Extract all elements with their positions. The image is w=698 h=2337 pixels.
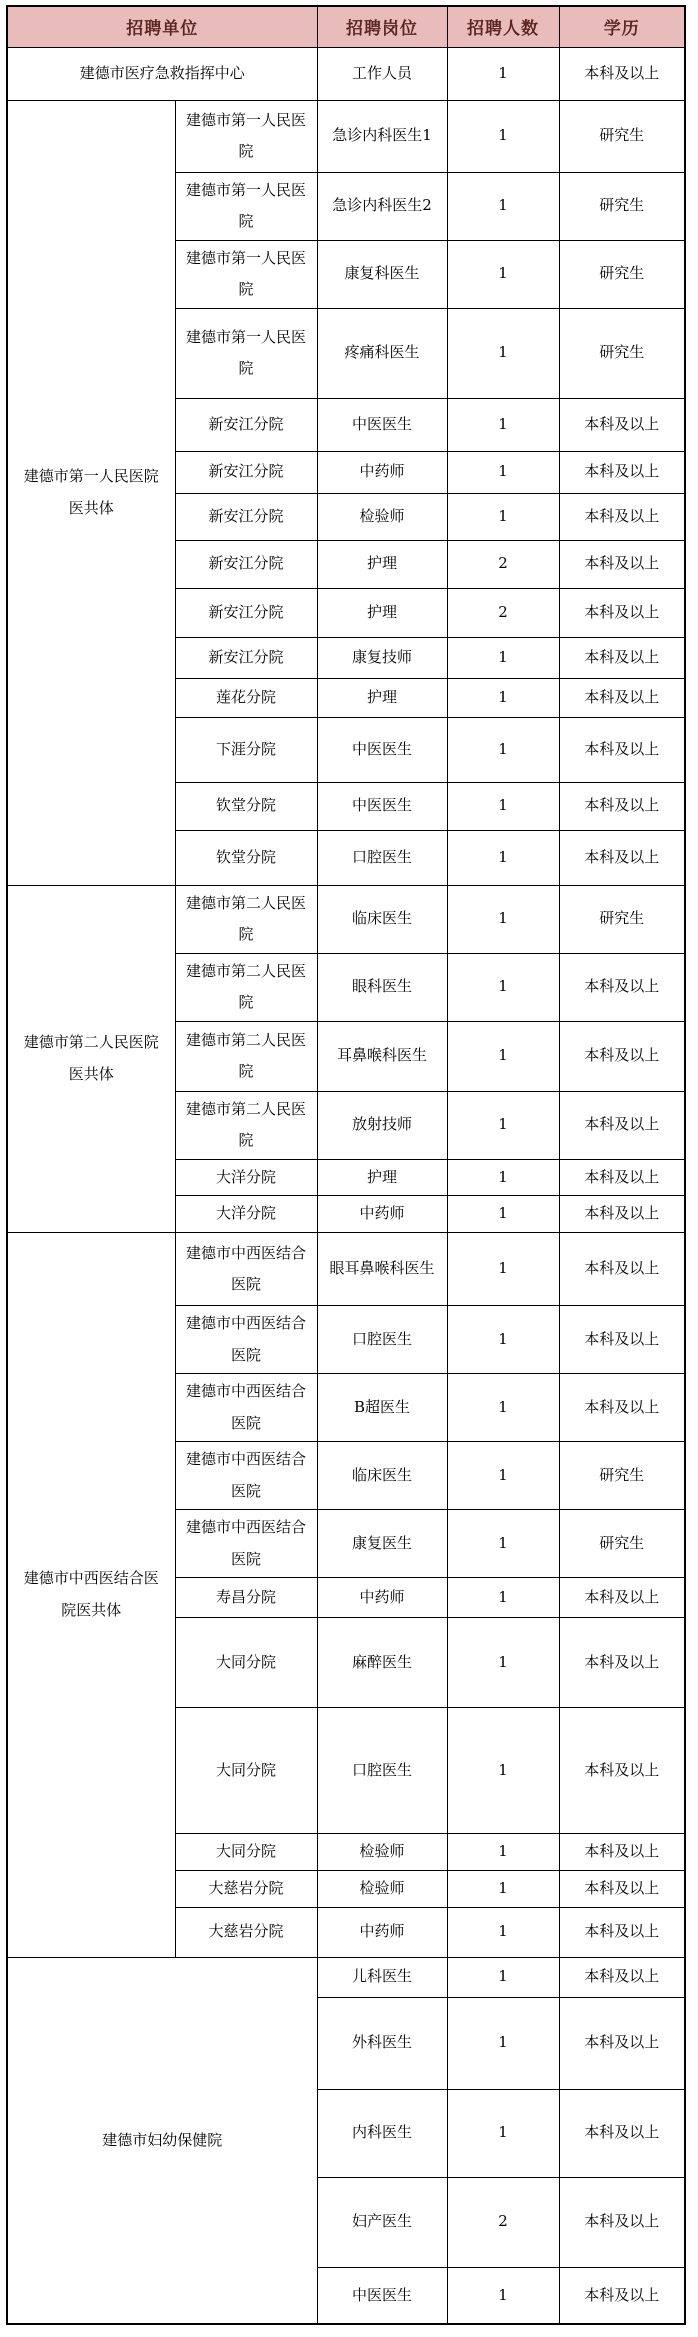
unit-group-cell: 建德市中西医结合医院医共体 xyxy=(7,1233,175,1958)
header-cell-2: 招聘人数 xyxy=(447,6,559,47)
count-cell: 1 xyxy=(447,1957,559,1997)
education-cell: 本科及以上 xyxy=(559,1907,685,1957)
education-cell: 本科及以上 xyxy=(559,1578,685,1618)
education-cell: 本科及以上 xyxy=(559,1618,685,1708)
education-cell: 研究生 xyxy=(559,100,685,172)
education-cell: 本科及以上 xyxy=(559,1997,685,2089)
unit-cell: 新安江分院 xyxy=(175,540,317,588)
count-cell: 1 xyxy=(447,1870,559,1907)
table-body: 建德市医疗急救指挥中心工作人员1本科及以上建德市第一人民医院医共体建德市第一人民… xyxy=(7,47,685,2324)
unit-cell: 大洋分院 xyxy=(175,1159,317,1196)
education-cell: 本科及以上 xyxy=(559,47,685,100)
education-cell: 本科及以上 xyxy=(559,1834,685,1871)
position-cell: 工作人员 xyxy=(317,47,447,100)
education-cell: 研究生 xyxy=(559,240,685,308)
unit-merged-cell: 建德市妇幼保健院 xyxy=(7,1957,317,2324)
position-cell: 临床医生 xyxy=(317,1442,447,1510)
education-cell: 本科及以上 xyxy=(559,1196,685,1233)
page: 招聘单位招聘岗位招聘人数学历 建德市医疗急救指挥中心工作人员1本科及以上建德市第… xyxy=(0,0,698,2337)
count-cell: 1 xyxy=(447,1159,559,1196)
position-cell: 口腔医生 xyxy=(317,830,447,885)
education-cell: 本科及以上 xyxy=(559,1708,685,1834)
count-cell: 1 xyxy=(447,1578,559,1618)
count-cell: 1 xyxy=(447,678,559,717)
count-cell: 2 xyxy=(447,540,559,588)
unit-cell: 大慈岩分院 xyxy=(175,1870,317,1907)
unit-cell: 建德市第二人民医院 xyxy=(175,885,317,953)
position-cell: 护理 xyxy=(317,1159,447,1196)
education-cell: 本科及以上 xyxy=(559,1870,685,1907)
header-cell-3: 学历 xyxy=(559,6,685,47)
unit-cell: 钦堂分院 xyxy=(175,830,317,885)
unit-cell: 新安江分院 xyxy=(175,637,317,678)
count-cell: 1 xyxy=(447,308,559,398)
education-cell: 本科及以上 xyxy=(559,2267,685,2324)
count-cell: 1 xyxy=(447,1021,559,1091)
education-cell: 本科及以上 xyxy=(559,540,685,588)
education-cell: 本科及以上 xyxy=(559,451,685,493)
count-cell: 1 xyxy=(447,1091,559,1159)
unit-cell: 建德市第一人民医院 xyxy=(175,240,317,308)
table-row: 建德市医疗急救指挥中心工作人员1本科及以上 xyxy=(7,47,685,100)
education-cell: 研究生 xyxy=(559,1442,685,1510)
position-cell: 中药师 xyxy=(317,1907,447,1957)
unit-cell: 大同分院 xyxy=(175,1834,317,1871)
position-cell: 中医医生 xyxy=(317,782,447,830)
position-cell: 麻醉医生 xyxy=(317,1618,447,1708)
education-cell: 本科及以上 xyxy=(559,1374,685,1442)
position-cell: 护理 xyxy=(317,588,447,637)
education-cell: 本科及以上 xyxy=(559,2089,685,2177)
unit-cell: 建德市中西医结合医院 xyxy=(175,1306,317,1374)
position-cell: 护理 xyxy=(317,540,447,588)
count-cell: 1 xyxy=(447,1834,559,1871)
position-cell: 检验师 xyxy=(317,1870,447,1907)
position-cell: 中医医生 xyxy=(317,717,447,782)
unit-cell: 新安江分院 xyxy=(175,451,317,493)
position-cell: 检验师 xyxy=(317,1834,447,1871)
unit-cell: 建德市第二人民医院 xyxy=(175,1021,317,1091)
count-cell: 1 xyxy=(447,1306,559,1374)
count-cell: 1 xyxy=(447,1618,559,1708)
position-cell: 检验师 xyxy=(317,493,447,540)
table-head: 招聘单位招聘岗位招聘人数学历 xyxy=(7,6,685,47)
table-row: 建德市第一人民医院医共体建德市第一人民医院急诊内科医生11研究生 xyxy=(7,100,685,172)
position-cell: 急诊内科医生1 xyxy=(317,100,447,172)
position-cell: 眼耳鼻喉科医生 xyxy=(317,1233,447,1306)
education-cell: 本科及以上 xyxy=(559,1021,685,1091)
education-cell: 本科及以上 xyxy=(559,398,685,451)
header-cell-1: 招聘岗位 xyxy=(317,6,447,47)
count-cell: 1 xyxy=(447,172,559,240)
unit-cell: 建德市第一人民医院 xyxy=(175,100,317,172)
education-cell: 本科及以上 xyxy=(559,2177,685,2267)
position-cell: 中药师 xyxy=(317,1578,447,1618)
unit-cell: 寿昌分院 xyxy=(175,1578,317,1618)
count-cell: 1 xyxy=(447,240,559,308)
count-cell: 1 xyxy=(447,451,559,493)
position-cell: 放射技师 xyxy=(317,1091,447,1159)
education-cell: 本科及以上 xyxy=(559,1957,685,1997)
education-cell: 研究生 xyxy=(559,1510,685,1578)
unit-cell: 大同分院 xyxy=(175,1708,317,1834)
position-cell: B超医生 xyxy=(317,1374,447,1442)
unit-cell: 下涯分院 xyxy=(175,717,317,782)
education-cell: 本科及以上 xyxy=(559,493,685,540)
education-cell: 本科及以上 xyxy=(559,1091,685,1159)
table-row: 建德市中西医结合医院医共体建德市中西医结合医院眼耳鼻喉科医生1本科及以上 xyxy=(7,1233,685,1306)
position-cell: 耳鼻喉科医生 xyxy=(317,1021,447,1091)
unit-cell: 建德市中西医结合医院 xyxy=(175,1233,317,1306)
position-cell: 妇产医生 xyxy=(317,2177,447,2267)
unit-cell: 莲花分院 xyxy=(175,678,317,717)
position-cell: 中药师 xyxy=(317,451,447,493)
education-cell: 研究生 xyxy=(559,172,685,240)
education-cell: 本科及以上 xyxy=(559,953,685,1021)
education-cell: 本科及以上 xyxy=(559,782,685,830)
count-cell: 1 xyxy=(447,1907,559,1957)
count-cell: 1 xyxy=(447,830,559,885)
unit-group-cell: 建德市第一人民医院医共体 xyxy=(7,100,175,885)
count-cell: 1 xyxy=(447,637,559,678)
position-cell: 疼痛科医生 xyxy=(317,308,447,398)
position-cell: 儿科医生 xyxy=(317,1957,447,1997)
position-cell: 内科医生 xyxy=(317,2089,447,2177)
unit-merged-cell: 建德市医疗急救指挥中心 xyxy=(7,47,317,100)
unit-cell: 大同分院 xyxy=(175,1618,317,1708)
count-cell: 1 xyxy=(447,47,559,100)
count-cell: 1 xyxy=(447,493,559,540)
unit-cell: 新安江分院 xyxy=(175,588,317,637)
education-cell: 本科及以上 xyxy=(559,1159,685,1196)
count-cell: 1 xyxy=(447,1442,559,1510)
education-cell: 本科及以上 xyxy=(559,1306,685,1374)
position-cell: 眼科医生 xyxy=(317,953,447,1021)
count-cell: 2 xyxy=(447,2177,559,2267)
count-cell: 1 xyxy=(447,885,559,953)
unit-cell: 新安江分院 xyxy=(175,493,317,540)
header-row: 招聘单位招聘岗位招聘人数学历 xyxy=(7,6,685,47)
count-cell: 1 xyxy=(447,2267,559,2324)
header-cell-0: 招聘单位 xyxy=(7,6,317,47)
position-cell: 口腔医生 xyxy=(317,1708,447,1834)
education-cell: 研究生 xyxy=(559,308,685,398)
education-cell: 本科及以上 xyxy=(559,1233,685,1306)
count-cell: 1 xyxy=(447,953,559,1021)
education-cell: 本科及以上 xyxy=(559,678,685,717)
count-cell: 1 xyxy=(447,1374,559,1442)
unit-cell: 建德市第一人民医院 xyxy=(175,172,317,240)
position-cell: 外科医生 xyxy=(317,1997,447,2089)
count-cell: 1 xyxy=(447,100,559,172)
education-cell: 本科及以上 xyxy=(559,637,685,678)
position-cell: 临床医生 xyxy=(317,885,447,953)
unit-cell: 新安江分院 xyxy=(175,398,317,451)
count-cell: 1 xyxy=(447,398,559,451)
unit-cell: 建德市第二人民医院 xyxy=(175,1091,317,1159)
unit-cell: 建德市中西医结合医院 xyxy=(175,1442,317,1510)
position-cell: 急诊内科医生2 xyxy=(317,172,447,240)
position-cell: 康复技师 xyxy=(317,637,447,678)
unit-cell: 大洋分院 xyxy=(175,1196,317,1233)
count-cell: 2 xyxy=(447,588,559,637)
unit-cell: 大慈岩分院 xyxy=(175,1907,317,1957)
position-cell: 中药师 xyxy=(317,1196,447,1233)
position-cell: 中医医生 xyxy=(317,2267,447,2324)
unit-cell: 建德市第一人民医院 xyxy=(175,308,317,398)
recruitment-table: 招聘单位招聘岗位招聘人数学历 建德市医疗急救指挥中心工作人员1本科及以上建德市第… xyxy=(6,5,686,2325)
unit-cell: 建德市中西医结合医院 xyxy=(175,1510,317,1578)
count-cell: 1 xyxy=(447,1997,559,2089)
education-cell: 研究生 xyxy=(559,885,685,953)
count-cell: 1 xyxy=(447,782,559,830)
position-cell: 口腔医生 xyxy=(317,1306,447,1374)
education-cell: 本科及以上 xyxy=(559,830,685,885)
unit-cell: 建德市第二人民医院 xyxy=(175,953,317,1021)
table-row: 建德市妇幼保健院儿科医生1本科及以上 xyxy=(7,1957,685,1997)
education-cell: 本科及以上 xyxy=(559,717,685,782)
position-cell: 康复科医生 xyxy=(317,240,447,308)
count-cell: 1 xyxy=(447,1708,559,1834)
unit-cell: 钦堂分院 xyxy=(175,782,317,830)
count-cell: 1 xyxy=(447,1233,559,1306)
position-cell: 中医医生 xyxy=(317,398,447,451)
position-cell: 护理 xyxy=(317,678,447,717)
unit-cell: 建德市中西医结合医院 xyxy=(175,1374,317,1442)
count-cell: 1 xyxy=(447,1196,559,1233)
count-cell: 1 xyxy=(447,2089,559,2177)
unit-group-cell: 建德市第二人民医院医共体 xyxy=(7,885,175,1233)
position-cell: 康复医生 xyxy=(317,1510,447,1578)
count-cell: 1 xyxy=(447,1510,559,1578)
count-cell: 1 xyxy=(447,717,559,782)
table-row: 建德市第二人民医院医共体建德市第二人民医院临床医生1研究生 xyxy=(7,885,685,953)
education-cell: 本科及以上 xyxy=(559,588,685,637)
